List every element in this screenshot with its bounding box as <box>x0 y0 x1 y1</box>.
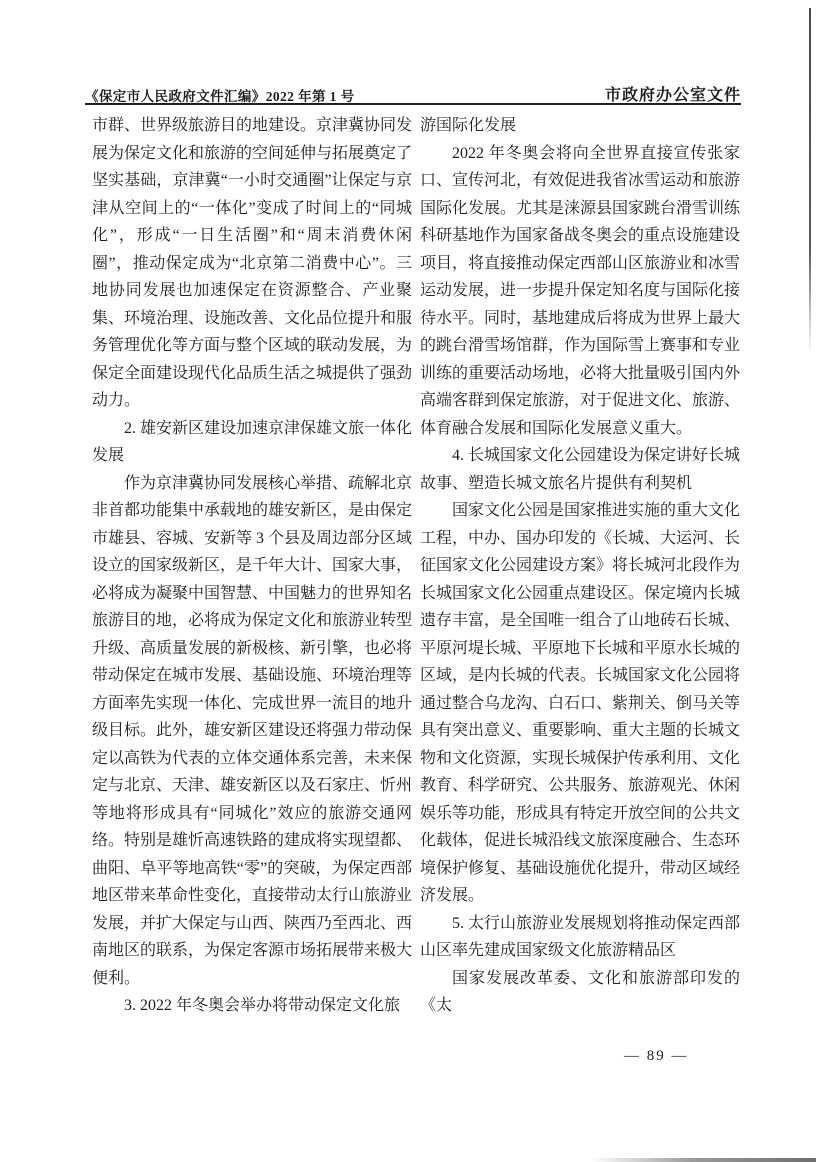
header-publication-title: 《保定市人民政府文件汇编》2022 年第 1 号 <box>85 85 354 105</box>
scan-right-edge-artifact <box>809 8 811 353</box>
paragraph: 3. 2022 年冬奥会举办将带动保定文化旅 <box>92 992 412 1020</box>
left-text-column: 市群、世界级旅游目的地建设。京津冀协同发展为保定文化和旅游的空间延伸与拓展奠定了… <box>92 112 412 1020</box>
paragraph: 5. 太行山旅游业发展规划将推动保定西部山区率先建成国家级文化旅游精品区 <box>420 910 740 965</box>
scan-bottom-edge-artifact <box>591 1158 816 1162</box>
paragraph: 国家发展改革委、文化和旅游部印发的《太 <box>420 965 740 1020</box>
paragraph: 4. 长城国家文化公园建设为保定讲好长城故事、塑造长城文旅名片提供有利契机 <box>420 442 740 497</box>
page-header: 《保定市人民政府文件汇编》2022 年第 1 号 市政府办公室文件 <box>85 82 741 105</box>
paragraph: 国家文化公园是国家推进实施的重大文化工程，中办、国办印发的《长城、大运河、长征国… <box>420 497 740 910</box>
page-number: — 89 — <box>624 1048 689 1065</box>
paragraph: 市群、世界级旅游目的地建设。京津冀协同发展为保定文化和旅游的空间延伸与拓展奠定了… <box>92 112 412 415</box>
header-divider-rule <box>85 103 741 105</box>
paragraph: 2022 年冬奥会将向全世界直接宣传张家口、宣传河北，有效促进我省冰雪运动和旅游… <box>420 140 740 443</box>
document-page: 《保定市人民政府文件汇编》2022 年第 1 号 市政府办公室文件 市群、世界级… <box>0 0 816 1162</box>
paragraph: 作为京津冀协同发展核心举措、疏解北京非首都功能集中承载地的雄安新区，是由保定市雄… <box>92 470 412 993</box>
paragraph: 游国际化发展 <box>420 112 740 140</box>
header-document-category: 市政府办公室文件 <box>605 82 741 105</box>
paragraph: 2. 雄安新区建设加速京津保雄文旅一体化发展 <box>92 415 412 470</box>
page-body: 市群、世界级旅游目的地建设。京津冀协同发展为保定文化和旅游的空间延伸与拓展奠定了… <box>92 112 740 1020</box>
right-text-column: 游国际化发展2022 年冬奥会将向全世界直接宣传张家口、宣传河北，有效促进我省冰… <box>420 112 740 1020</box>
